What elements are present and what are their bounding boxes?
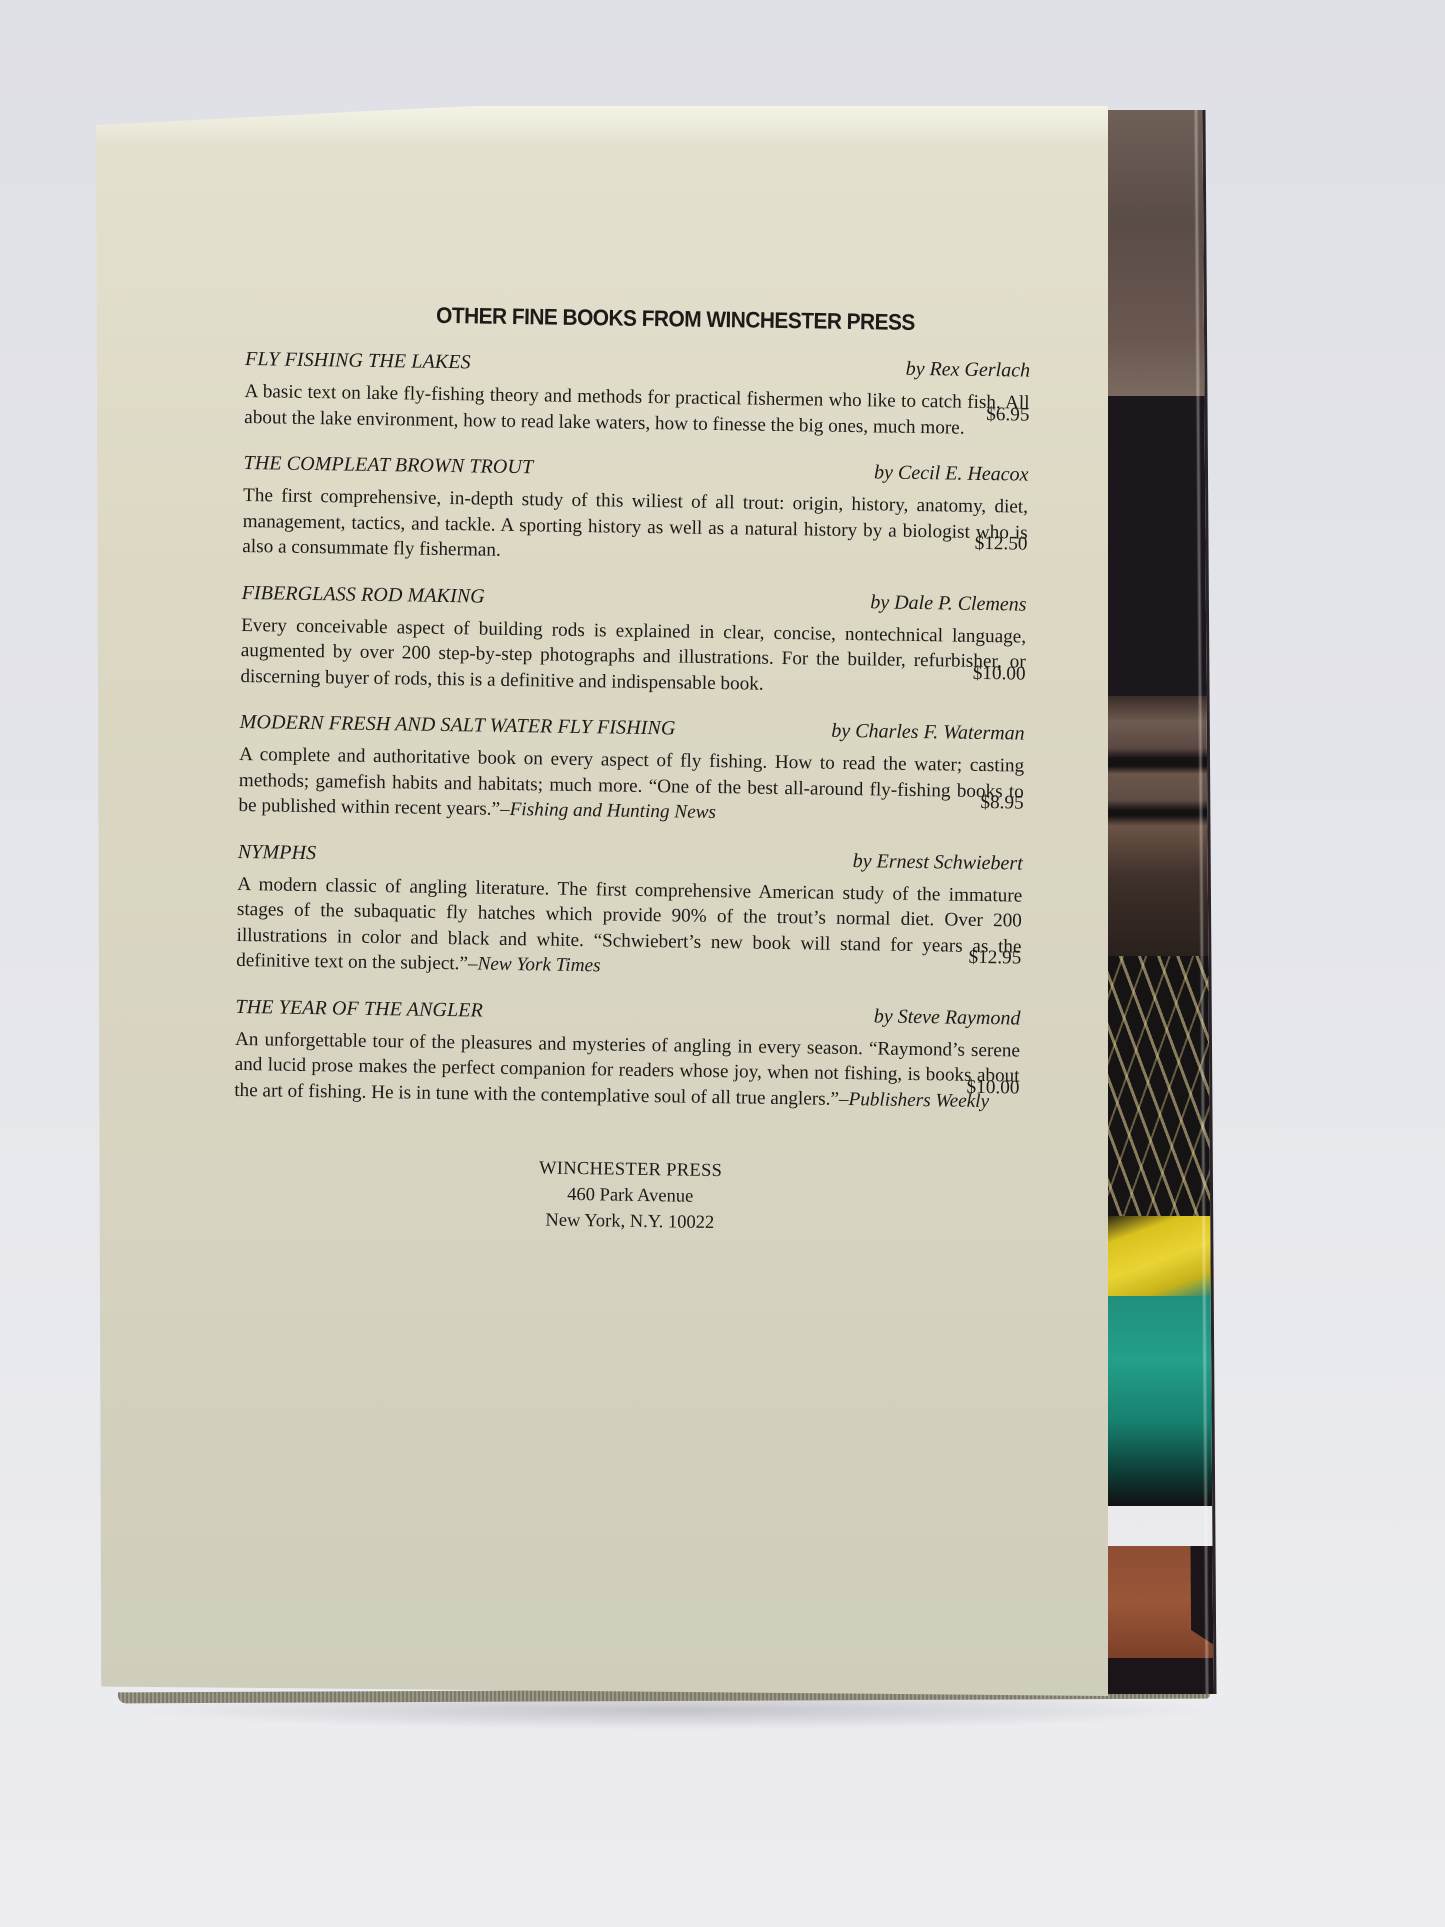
book-author: by Steve Raymond [874,1005,1021,1030]
book-entry: FIBERGLASS ROD MAKING by Dale P. Clemens… [240,581,1027,700]
book-list: FLY FISHING THE LAKES by Rex Gerlach $6.… [234,348,1030,1115]
book-entry-header: FIBERGLASS ROD MAKING by Dale P. Clemens [241,581,1026,616]
book-description-block: $8.95 A complete and authoritative book … [238,742,1024,830]
book-author: by Charles F. Waterman [831,720,1025,746]
book-description-block: $12.95 A modern classic of angling liter… [236,871,1022,985]
book-entry: MODERN FRESH AND SALT WATER FLY FISHING … [238,711,1025,830]
cover-text: OTHER FINE BOOKS FROM WINCHESTER PRESS F… [232,300,1031,1241]
book-description-block: $12.50 The first comprehensive, in-depth… [242,483,1028,571]
book-author: by Ernest Schwiebert [853,850,1023,876]
book-entry-header: THE YEAR OF THE ANGLER by Steve Raymond [235,995,1020,1030]
book-author: by Cecil E. Heacox [874,461,1029,486]
book-author: by Rex Gerlach [905,358,1030,383]
book-title: FLY FISHING THE LAKES [245,348,471,374]
book-price: $6.95 [986,401,1030,427]
spine-photo-strip [1092,110,1216,1694]
book-back-cover: OTHER FINE BOOKS FROM WINCHESTER PRESS F… [0,0,1445,1927]
book-entry: THE COMPLEAT BROWN TROUT by Cecil E. Hea… [242,452,1029,571]
book-description-block: $10.00 Every conceivable aspect of build… [240,612,1026,700]
quote-source: Fishing and Hunting News [510,799,717,823]
book-description-block: $6.95 A basic text on lake fly-fishing t… [244,379,1030,442]
spine-segment-yellow-feather [1100,1216,1211,1296]
spine-segment-wood-top [1092,110,1204,396]
book-entry: FLY FISHING THE LAKES by Rex Gerlach $6.… [244,348,1030,442]
book-description: Every conceivable aspect of building rod… [240,614,1026,694]
spine-segment-wood [1097,696,1209,956]
book-entry-header: NYMPHS by Ernest Schwiebert [238,840,1023,875]
book-price: $8.95 [980,790,1024,816]
book-entry-header: THE COMPLEAT BROWN TROUT by Cecil E. Hea… [243,452,1028,487]
book-description: A basic text on lake fly-fishing theory … [244,381,1030,438]
spine-segment-feathers [1098,956,1210,1216]
book-title: FIBERGLASS ROD MAKING [241,581,485,608]
book-price: $10.00 [973,660,1026,686]
spine-segment-green-feather [1101,1296,1212,1506]
book-description: A modern classic of angling literature. … [236,873,1022,974]
book-description: The first comprehensive, in-depth study … [242,485,1028,561]
book-title: THE COMPLEAT BROWN TROUT [243,452,533,479]
book-price: $12.95 [968,945,1021,971]
book-title: NYMPHS [238,840,317,864]
book-price: $10.00 [966,1074,1019,1100]
book-entry: THE YEAR OF THE ANGLER by Steve Raymond … [234,995,1021,1114]
book-title: THE YEAR OF THE ANGLER [235,995,483,1022]
book-entry: NYMPHS by Ernest Schwiebert $12.95 A mod… [236,840,1023,985]
book-price: $12.50 [975,531,1028,557]
publisher-info: WINCHESTER PRESS 460 Park Avenue New Yor… [232,1151,1018,1241]
spine-segment-dark [1094,396,1206,696]
book-author: by Dale P. Clemens [870,591,1027,616]
book-title: MODERN FRESH AND SALT WATER FLY FISHING [240,711,676,740]
book-entry-header: FLY FISHING THE LAKES by Rex Gerlach [245,348,1030,383]
book-description-block: $10.00 An unforgettable tour of the plea… [234,1026,1020,1114]
book-entry-header: MODERN FRESH AND SALT WATER FLY FISHING … [240,711,1025,746]
quote-source: New York Times [477,954,600,977]
